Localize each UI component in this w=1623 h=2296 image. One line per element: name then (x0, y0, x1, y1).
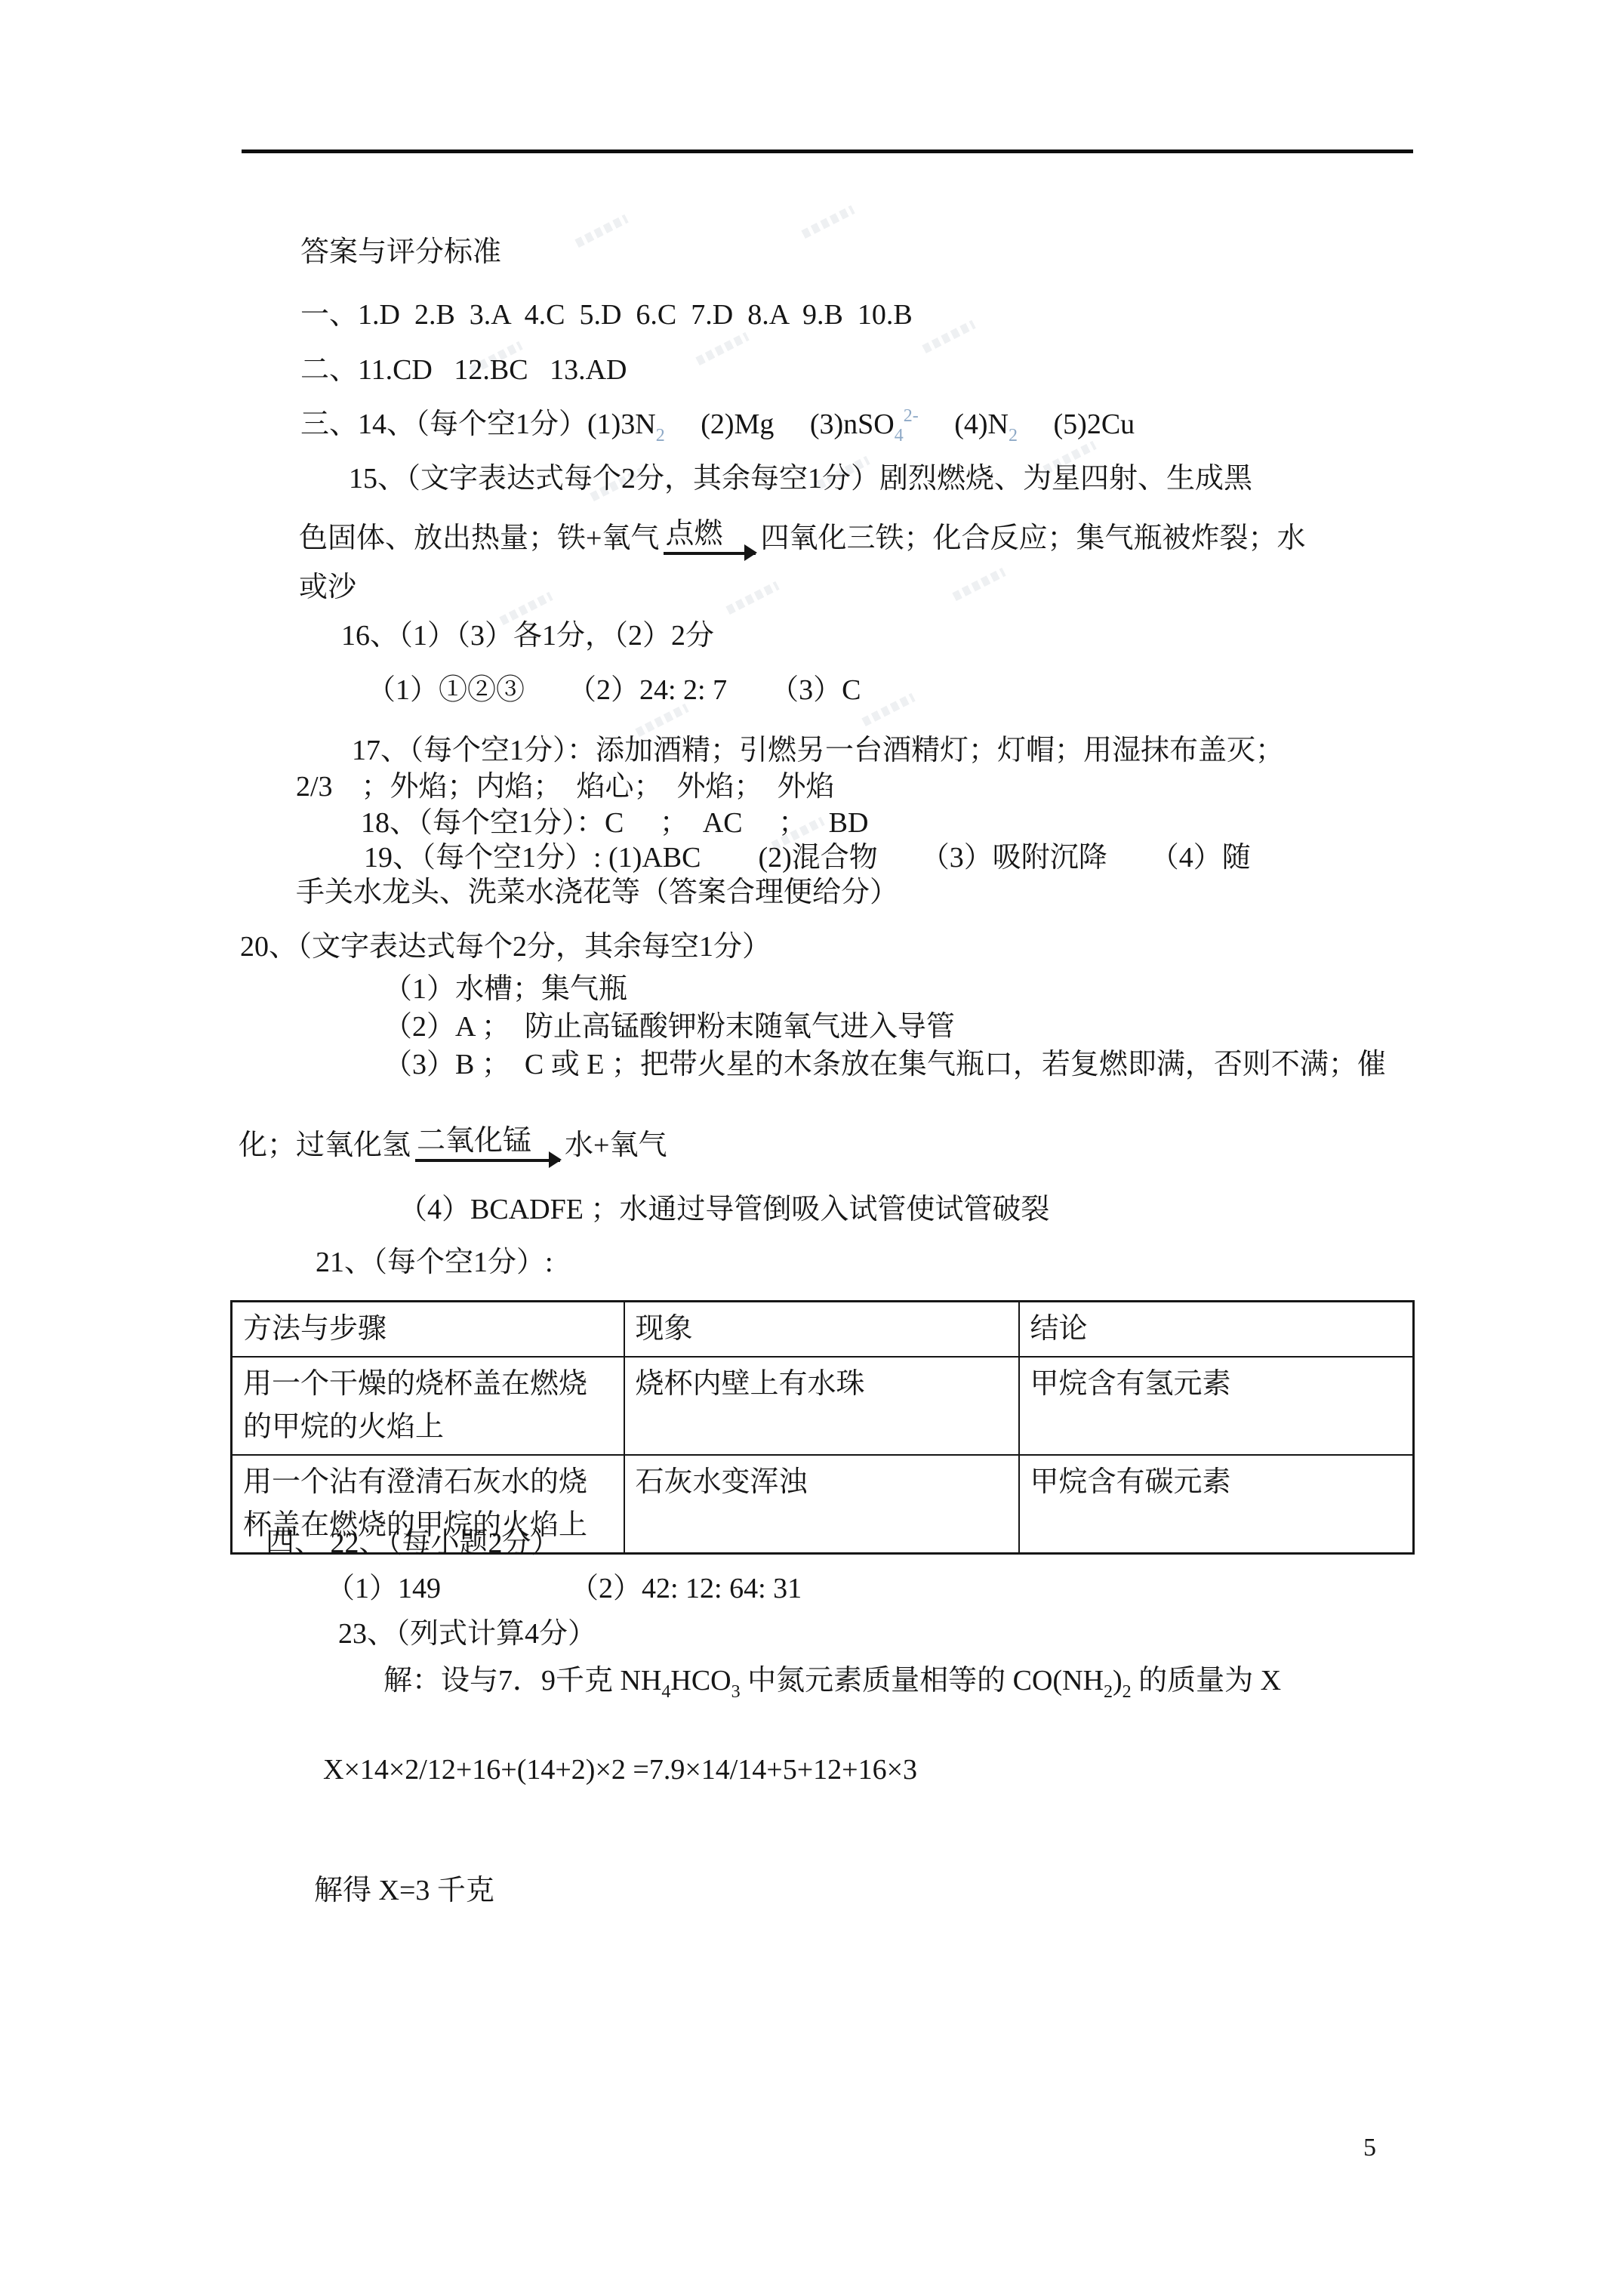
arrow-shaft (415, 1159, 560, 1162)
q23-text: ) (1113, 1665, 1123, 1697)
answer-line-q23-equation: X×14×2/12+16+(14+2)×2 =7.9×14/14+5+12+16… (323, 1753, 917, 1787)
table-cell: 甲烷含有氢元素 (1019, 1357, 1414, 1455)
q14-subscript: 2 (656, 426, 665, 445)
watermark-mark (725, 581, 779, 615)
equation-rhs: 水+氧气 (565, 1130, 667, 1161)
table-cell: 甲烷含有碳元素 (1019, 1455, 1414, 1554)
answer-line-q20-head: 20、（文字表达式每个2分，其余每空1分） (240, 930, 771, 964)
answer-line-q20-4: （4）BCADFE ；水通过导管倒吸入试管使试管破裂 (399, 1193, 1049, 1227)
answer-line-q14: 三、14、（每个空1分）(1)3N2 (2)Mg (3)nSO42- (4)N2… (300, 408, 1135, 442)
q14-text: (4)N (919, 408, 1009, 440)
table-header-phenomenon: 现象 (624, 1302, 1019, 1358)
table-header-row: 方法与步骤 现象 结论 (232, 1302, 1414, 1358)
q23-text: HCO (670, 1665, 731, 1697)
table-row: 用一个干燥的烧杯盖在燃烧的甲烷的火焰上 烧杯内壁上有水珠 甲烷含有氢元素 (232, 1357, 1414, 1455)
page-number: 5 (1363, 2134, 1376, 2162)
q14-text: (5)2Cu (1018, 408, 1135, 440)
answer-line-q15-1: 15、（文字表达式每个2分，其余每空1分）剧烈燃烧、为星四射、生成黑 (349, 462, 1252, 496)
document-page: 答案与评分标准 一、1.D 2.B 3.A 4.C 5.D 6.C 7.D 8.… (0, 0, 1623, 2296)
q23-subscript: 3 (731, 1682, 741, 1702)
answer-line-q20-3: （3）B ； C 或 E ；把带火星的木条放在集气瓶口，若复燃即满，否则不满；催 (383, 1048, 1386, 1082)
answer-line-q19-2: 手关水龙头、洗菜水浇花等（答案合理便给分） (296, 876, 898, 910)
answer-line-q20-2: （2）A ； 防止高锰酸钾粉末随氧气进入导管 (383, 1010, 955, 1044)
q23-text: 的质量为 X (1132, 1665, 1281, 1697)
answer-line-q18: 18、（每个空1分）：C ； AC ； BD (361, 806, 868, 840)
answer-line-q23-head: 23、（列式计算4分） (338, 1617, 596, 1651)
watermark-mark (695, 332, 749, 365)
watermark-mark (861, 693, 915, 726)
answer-line-q21-head: 21、（每个空1分）: (316, 1246, 553, 1280)
answer-line-q22: （1）149 （2）42: 12: 64: 31 (326, 1572, 802, 1606)
answer-line-section1: 一、1.D 2.B 3.A 4.C 5.D 6.C 7.D 8.A 9.B 10… (300, 298, 913, 332)
watermark-mark (952, 568, 1006, 601)
answer-line-sec4-head: 四、 22、（每小题2分） (266, 1527, 560, 1561)
table-header-method: 方法与步骤 (232, 1302, 624, 1358)
q23-subscript: 2 (1104, 1682, 1113, 1702)
experiment-table: 方法与步骤 现象 结论 用一个干燥的烧杯盖在燃烧的甲烷的火焰上 烧杯内壁上有水珠… (230, 1300, 1415, 1555)
answer-line-q19-1: 19、（每个空1分）: (1)ABC (2)混合物 （3）吸附沉降 （4）随 (364, 841, 1251, 875)
reaction-condition: 点燃 (664, 519, 756, 552)
answer-line-q17-1: 17、（每个空1分）：添加酒精；引燃另一台酒精灯；灯帽；用湿抹布盖灭； (352, 734, 1284, 768)
arrow-head-icon (549, 1151, 562, 1168)
watermark-mark (574, 214, 628, 248)
reaction-condition: 二氧化锰 (415, 1126, 560, 1159)
reaction-arrow: 点燃 (664, 519, 756, 555)
answer-line-q20-1: （1）水槽；集气瓶 (383, 972, 627, 1006)
equation-lhs: 色固体、放出热量；铁+氧气 (299, 522, 659, 554)
q23-subscript: 2 (1123, 1682, 1132, 1702)
watermark-mark (922, 320, 975, 353)
arrow-shaft (664, 552, 756, 555)
reaction-arrow: 二氧化锰 (415, 1126, 560, 1162)
answer-line-q20-equation: 化；过氧化氢二氧化锰水+氧气 (239, 1126, 667, 1163)
table-header-conclusion: 结论 (1019, 1302, 1414, 1358)
q23-subscript: 4 (661, 1682, 670, 1702)
table-cell: 石灰水变浑浊 (624, 1455, 1019, 1554)
page-title: 答案与评分标准 (300, 236, 501, 270)
q14-superscript: 2- (904, 406, 919, 426)
arrow-head-icon (744, 544, 757, 561)
watermark-mark (635, 704, 688, 737)
answer-line-section2: 二、11.CD 12.BC 13.AD (300, 353, 627, 387)
answer-line-q17-2: 2/3 ；外焰；内焰； 焰心； 外焰； 外焰 (296, 770, 835, 804)
q14-text: (2)Mg (3)nSO (665, 408, 895, 440)
answer-line-q15-2: 色固体、放出热量；铁+氧气点燃四氧化三铁；化合反应；集气瓶被炸裂；水 (299, 519, 1305, 556)
table-cell: 烧杯内壁上有水珠 (624, 1357, 1019, 1455)
q14-text: 三、14、（每个空1分）(1)3N (300, 408, 656, 440)
equation-rhs: 四氧化三铁；化合反应；集气瓶被炸裂；水 (760, 522, 1305, 554)
watermark-mark (801, 205, 855, 239)
header-rule (242, 149, 1413, 153)
q14-subscript: 2 (1009, 426, 1018, 445)
answer-line-q23-result: 解得 X=3 千克 (314, 1874, 494, 1908)
answer-line-q16-1: 16、（1）（3）各1分，（2）2分 (341, 619, 714, 653)
q14-subscript: 4 (895, 426, 904, 445)
answer-line-q23-setup: 解：设与7．9千克 NH4HCO3 中氮元素质量相等的 CO(NH2)2 的质量… (383, 1664, 1281, 1698)
q23-text: 解：设与7．9千克 NH (383, 1665, 661, 1697)
answer-line-q15-3: 或沙 (299, 571, 356, 605)
table-cell: 用一个干燥的烧杯盖在燃烧的甲烷的火焰上 (232, 1357, 624, 1455)
answer-line-q16-2: （1）①②③ （2）24: 2: 7 （3）C (367, 673, 861, 707)
equation-lhs: 化；过氧化氢 (239, 1130, 411, 1161)
q23-text: 中氮元素质量相等的 CO(NH (741, 1665, 1104, 1697)
